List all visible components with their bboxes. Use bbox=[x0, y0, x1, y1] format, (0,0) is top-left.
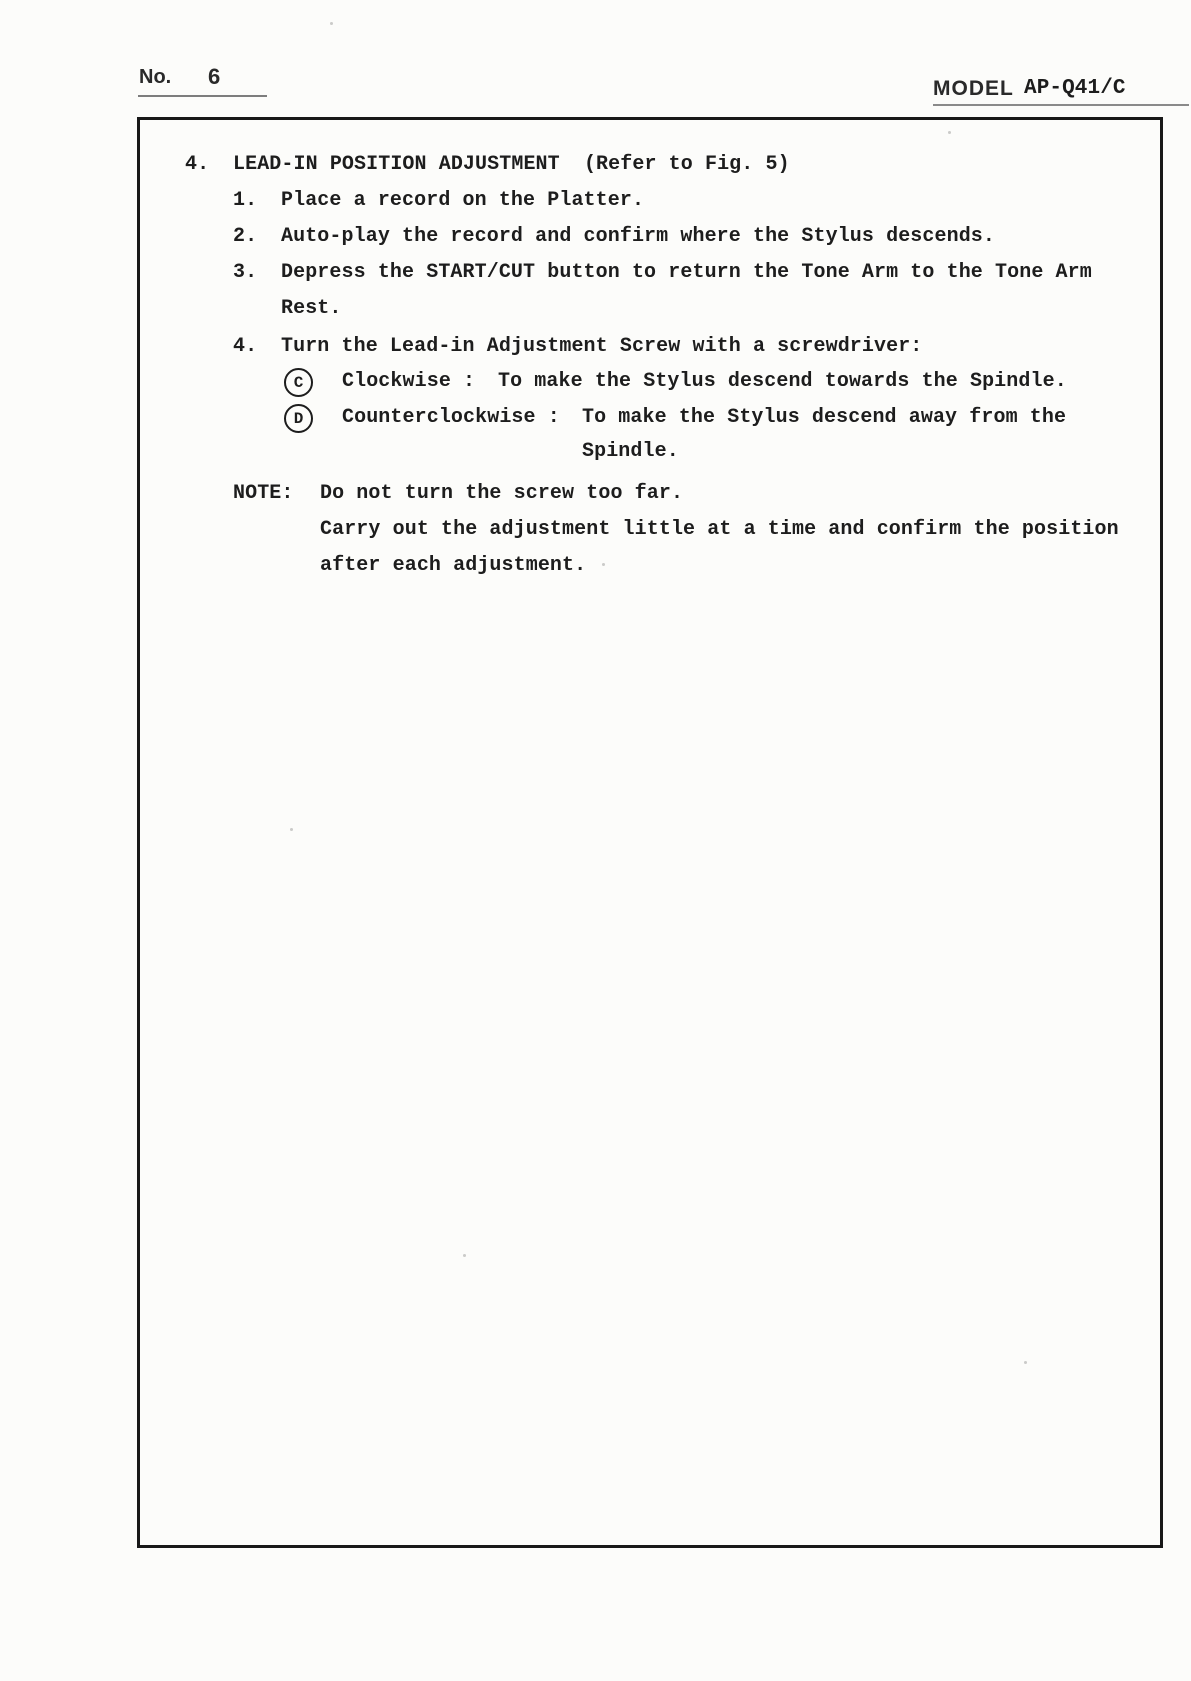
page-number-label: No. bbox=[139, 66, 171, 89]
content-frame bbox=[137, 117, 1163, 1548]
step-1-text: Place a record on the Platter. bbox=[281, 188, 644, 214]
scan-speck bbox=[290, 828, 293, 831]
step-1-number: 1. bbox=[233, 188, 257, 214]
section-number: 4. bbox=[185, 152, 209, 178]
page-number-underline bbox=[138, 95, 267, 97]
option-c-label: Clockwise : bbox=[342, 369, 475, 395]
circled-c-letter: C bbox=[294, 374, 304, 392]
model-value: AP-Q41/C bbox=[1024, 76, 1126, 102]
step-2-text: Auto-play the record and confirm where t… bbox=[281, 224, 995, 250]
note-line-2: Carry out the adjustment little at a tim… bbox=[320, 517, 1119, 543]
page-number-value: 6 bbox=[208, 64, 220, 90]
step-3-text: Depress the START/CUT button to return t… bbox=[281, 260, 1092, 286]
section-title: LEAD-IN POSITION ADJUSTMENT (Refer to Fi… bbox=[233, 152, 790, 178]
scan-speck bbox=[1024, 1361, 1027, 1364]
scan-speck bbox=[602, 563, 605, 566]
step-4-text: Turn the Lead-in Adjustment Screw with a… bbox=[281, 334, 922, 360]
note-line-3: after each adjustment. bbox=[320, 553, 586, 579]
scan-speck bbox=[948, 131, 951, 134]
model-label: MODEL bbox=[933, 77, 1014, 101]
circled-d-icon: D bbox=[284, 404, 313, 433]
step-4-number: 4. bbox=[233, 334, 257, 360]
scan-speck bbox=[330, 22, 333, 25]
scan-speck bbox=[463, 1254, 466, 1257]
note-line-1: Do not turn the screw too far. bbox=[320, 481, 683, 507]
model-underline bbox=[933, 104, 1189, 106]
step-3-text-continuation: Rest. bbox=[281, 296, 342, 322]
note-label: NOTE: bbox=[233, 481, 294, 507]
circled-d-letter: D bbox=[294, 410, 304, 428]
option-c-description: To make the Stylus descend towards the S… bbox=[498, 369, 1067, 395]
step-3-number: 3. bbox=[233, 260, 257, 286]
option-d-description: To make the Stylus descend away from the bbox=[582, 405, 1066, 431]
option-d-label: Counterclockwise : bbox=[342, 405, 560, 431]
circled-c-icon: C bbox=[284, 368, 313, 397]
scanned-manual-page: No. 6 MODEL AP-Q41/C 4. LEAD-IN POSITION… bbox=[0, 0, 1191, 1681]
step-2-number: 2. bbox=[233, 224, 257, 250]
option-d-description-continuation: Spindle. bbox=[582, 439, 679, 465]
